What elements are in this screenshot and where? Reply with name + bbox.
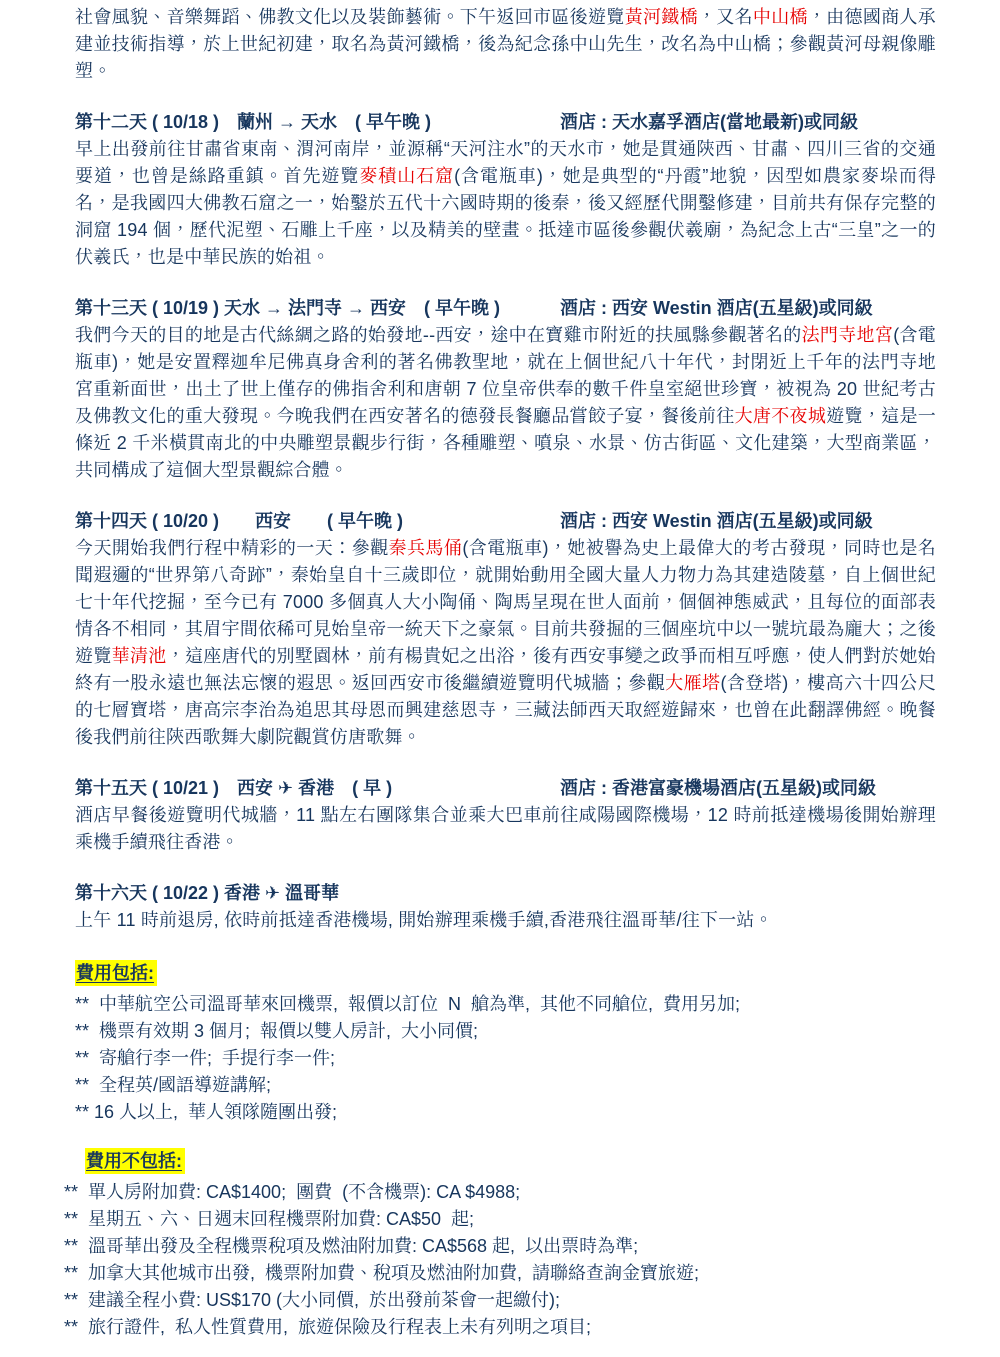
day-title: 第十三天 ( 10/19 ) 天水 → 法門寺 → 西安 ( 早午晚 ) [75, 298, 500, 318]
text-segment: 酒店早餐後遊覽明代城牆，11 點左右團隊集合並乘大巴車前往咸陽國際機場，12 時… [75, 805, 936, 852]
day-heading: 第十五天 ( 10/21 ) 西安 ✈ 香港 ( 早 ) 酒店 : 香港富豪機場… [75, 775, 936, 802]
text-segment: 上午 11 時前退房, 依時前抵達香港機場, 開始辦理乘機手續,香港飛往溫哥華/… [75, 910, 773, 930]
day-title: 第十四天 ( 10/20 ) 西安 ( 早午晚 ) [75, 511, 403, 531]
day-hotel: 酒店 : 西安 Westin 酒店(五星級)或同級 [560, 295, 873, 322]
fee-item: ** 單人房附加費: CA$1400; 團費 (不含機票): CA $4988; [64, 1179, 936, 1206]
day-hotel: 酒店 : 天水嘉孚酒店(當地最新)或同級 [560, 109, 858, 136]
attraction-name-red: 法門寺地宮 [802, 325, 894, 345]
day-section: 第十四天 ( 10/20 ) 西安 ( 早午晚 ) 酒店 : 西安 Westin… [75, 508, 936, 751]
itinerary-document: 社會風貌、音樂舞蹈、佛教文化以及裝飾藝術。下午返回市區後遊覽黃河鐵橋，又名中山橋… [0, 0, 1000, 1357]
fee-item: ** 中華航空公司溫哥華來回機票, 報價以訂位 N 艙為準, 其他不同艙位, 費… [75, 991, 936, 1018]
text-segment: 社會風貌、音樂舞蹈、佛教文化以及裝飾藝術。下午返回市區後遊覽 [75, 7, 625, 27]
day-section: 第十三天 ( 10/19 ) 天水 → 法門寺 → 西安 ( 早午晚 ) 酒店 … [75, 295, 936, 484]
day-title: 第十六天 ( 10/22 ) 香港 ✈ 溫哥華 [75, 883, 339, 903]
day-section: 第十五天 ( 10/21 ) 西安 ✈ 香港 ( 早 ) 酒店 : 香港富豪機場… [75, 775, 936, 856]
attraction-name-red: 黃河鐵橋 [625, 7, 698, 27]
day-heading: 第十六天 ( 10/22 ) 香港 ✈ 溫哥華 [75, 880, 936, 907]
day-description: 今天開始我們行程中精彩的一天：參觀秦兵馬俑(含電瓶車)，她被譽為史上最偉大的考古… [75, 535, 936, 751]
attraction-name-red: 大唐不夜城 [735, 406, 827, 426]
fee-item: ** 機票有效期 3 個月; 報價以雙人房計, 大小同價; [75, 1018, 936, 1045]
fee-item: ** 16 人以上, 華人領隊隨團出發; [75, 1099, 936, 1126]
attraction-name-red: 中山橋 [753, 7, 808, 27]
attraction-name-red: 麥積山石窟 [359, 166, 454, 186]
intro-paragraph: 社會風貌、音樂舞蹈、佛教文化以及裝飾藝術。下午返回市區後遊覽黃河鐵橋，又名中山橋… [75, 4, 936, 85]
text-segment: ，又名 [698, 7, 753, 27]
fee-item: ** 全程英/國語導遊講解; [75, 1072, 936, 1099]
day-description: 酒店早餐後遊覽明代城牆，11 點左右團隊集合並乘大巴車前往咸陽國際機場，12 時… [75, 802, 936, 856]
fee-item: ** 旅行證件, 私人性質費用, 旅遊保險及行程表上未有列明之項目; [64, 1314, 936, 1341]
attraction-name-red: 秦兵馬俑 [389, 538, 463, 558]
day-heading: 第十三天 ( 10/19 ) 天水 → 法門寺 → 西安 ( 早午晚 ) 酒店 … [75, 295, 936, 322]
attraction-name-red: 華清池 [112, 646, 167, 666]
day-title: 第十二天 ( 10/18 ) 蘭州 → 天水 ( 早午晚 ) [75, 112, 431, 132]
fees-excluded-list: ** 單人房附加費: CA$1400; 團費 (不含機票): CA $4988;… [64, 1179, 936, 1341]
fee-item: ** 加拿大其他城市出發, 機票附加費、稅項及燃油附加費, 請聯絡查詢金寶旅遊; [64, 1260, 936, 1287]
fee-item: ** 星期五、六、日週末回程機票附加費: CA$50 起; [64, 1206, 936, 1233]
day-section: 第十二天 ( 10/18 ) 蘭州 → 天水 ( 早午晚 ) 酒店 : 天水嘉孚… [75, 109, 936, 271]
day-description: 上午 11 時前退房, 依時前抵達香港機場, 開始辦理乘機手續,香港飛往溫哥華/… [75, 907, 936, 934]
attraction-name-red: 大雁塔 [665, 673, 720, 693]
text-segment: 今天開始我們行程中精彩的一天：參觀 [75, 538, 389, 558]
day-sections: 第十二天 ( 10/18 ) 蘭州 → 天水 ( 早午晚 ) 酒店 : 天水嘉孚… [75, 109, 936, 934]
day-hotel: 酒店 : 西安 Westin 酒店(五星級)或同級 [560, 508, 873, 535]
day-heading: 第十二天 ( 10/18 ) 蘭州 → 天水 ( 早午晚 ) 酒店 : 天水嘉孚… [75, 109, 936, 136]
fee-item: ** 溫哥華出發及全程機票稅項及燃油附加費: CA$568 起, 以出票時為準; [64, 1233, 936, 1260]
fees-included-list: ** 中華航空公司溫哥華來回機票, 報價以訂位 N 艙為準, 其他不同艙位, 費… [75, 991, 936, 1126]
fees-excluded-section: 費用不包括: ** 單人房附加費: CA$1400; 團費 (不含機票): CA… [75, 1148, 936, 1341]
text-segment: 我們今天的目的地是古代絲綢之路的始發地--西安，途中在寶雞市附近的扶風縣參觀著名… [75, 325, 802, 345]
day-heading: 第十四天 ( 10/20 ) 西安 ( 早午晚 ) 酒店 : 西安 Westin… [75, 508, 936, 535]
fee-item: ** 建議全程小費: US$170 (大小同價, 於出發前茶會一起繳付); [64, 1287, 936, 1314]
day-title: 第十五天 ( 10/21 ) 西安 ✈ 香港 ( 早 ) [75, 778, 392, 798]
day-description: 我們今天的目的地是古代絲綢之路的始發地--西安，途中在寶雞市附近的扶風縣參觀著名… [75, 322, 936, 484]
fee-item: ** 寄艙行李一件; 手提行李一件; [75, 1045, 936, 1072]
fees-excluded-heading: 費用不包括: [85, 1148, 185, 1174]
fees-included-heading: 費用包括: [75, 960, 157, 986]
day-section: 第十六天 ( 10/22 ) 香港 ✈ 溫哥華 上午 11 時前退房, 依時前抵… [75, 880, 936, 934]
fees-included-section: 費用包括: ** 中華航空公司溫哥華來回機票, 報價以訂位 N 艙為準, 其他不… [75, 960, 936, 1126]
day-hotel: 酒店 : 香港富豪機場酒店(五星級)或同級 [560, 775, 876, 802]
day-description: 早上出發前往甘肅省東南、渭河南岸，並源稱“天河注水”的天水市，她是貫通陝西、甘肅… [75, 136, 936, 271]
